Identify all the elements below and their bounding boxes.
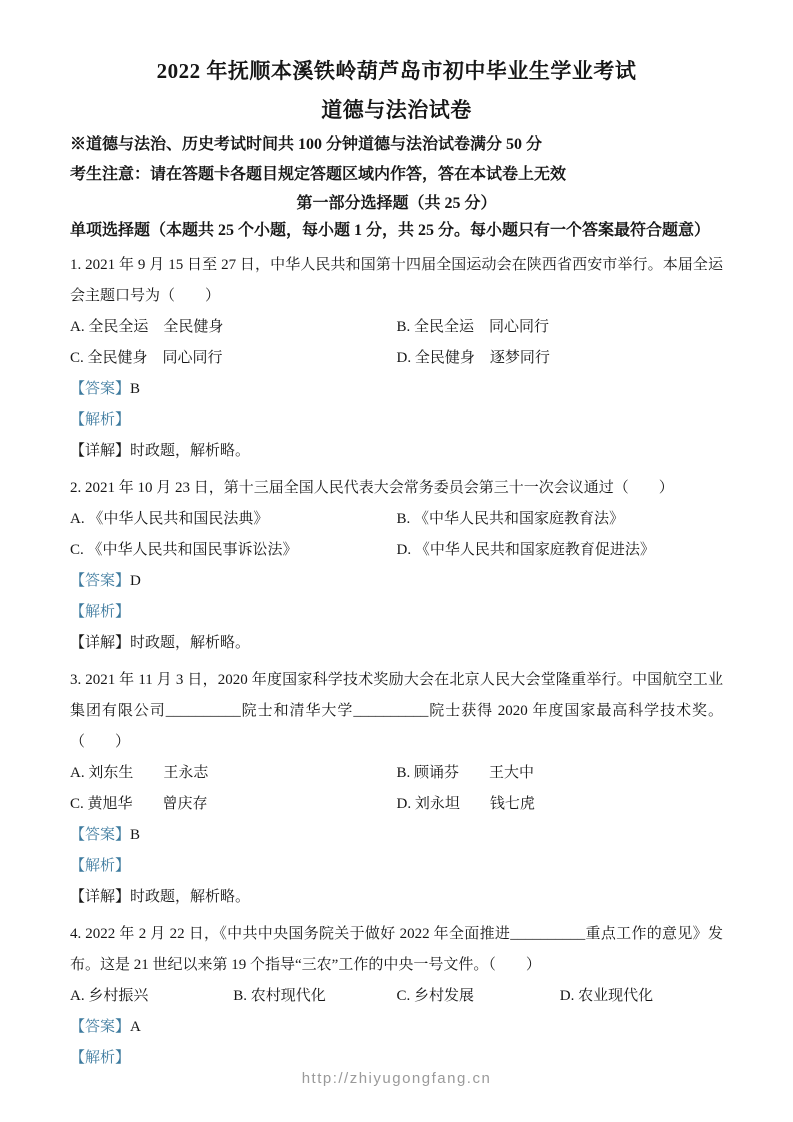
question-3-detail-row: 【详解】时政题，解析略。 [70,882,723,913]
analysis-label: 【解析】 [70,1050,130,1066]
question-4-option-d: D. 农业现代化 [560,981,723,1012]
question-4-option-a: A. 乡村振兴 [70,981,233,1012]
question-2-analysis-row: 【解析】 [70,597,723,628]
question-3-detail-text: 时政题，解析略。 [130,889,250,905]
question-3-option-c: C. 黄旭华 曾庆存 [70,789,397,820]
question-1-option-b: B. 全民全运 同心同行 [397,312,724,343]
exam-subtitle: 道德与法治试卷 [70,91,723,130]
question-4-option-c: C. 乡村发展 [397,981,560,1012]
answer-label: 【答案】 [70,827,130,843]
question-1-detail-row: 【详解】时政题，解析略。 [70,436,723,467]
question-2-option-b: B. 《中华人民共和国家庭教育法》 [397,504,724,535]
question-4-answer-value: A [130,1019,141,1035]
question-3: 3. 2021 年 11 月 3 日，2020 年度国家科学技术奖励大会在北京人… [70,665,723,913]
detail-label: 【详解】 [70,635,130,651]
question-4: 4. 2022 年 2 月 22 日，《中共中央国务院关于做好 2022 年全面… [70,919,723,1074]
question-3-options: A. 刘东生 王永志 B. 顾诵芬 王大中 C. 黄旭华 曾庆存 D. 刘永坦 … [70,758,723,820]
question-2-options: A. 《中华人民共和国民法典》 B. 《中华人民共和国家庭教育法》 C. 《中华… [70,504,723,566]
analysis-label: 【解析】 [70,604,130,620]
question-2: 2. 2021 年 10 月 23 日，第十三届全国人民代表大会常务委员会第三十… [70,473,723,659]
question-2-option-d: D. 《中华人民共和国家庭教育促进法》 [397,535,724,566]
note-exam-time: ※道德与法治、历史考试时间共 100 分钟道德与法治试卷满分 50 分 [70,130,723,160]
question-2-detail-row: 【详解】时政题，解析略。 [70,628,723,659]
question-1-analysis-row: 【解析】 [70,405,723,436]
question-3-stem: 3. 2021 年 11 月 3 日，2020 年度国家科学技术奖励大会在北京人… [70,665,723,758]
question-3-answer-row: 【答案】B [70,820,723,851]
question-1-answer-value: B [130,381,140,397]
question-4-stem: 4. 2022 年 2 月 22 日，《中共中央国务院关于做好 2022 年全面… [70,919,723,981]
section-instructions: 单项选择题（本题共 25 个小题，每小题 1 分，共 25 分。每小题只有一个答… [70,217,723,244]
question-4-options: A. 乡村振兴 B. 农村现代化 C. 乡村发展 D. 农业现代化 [70,981,723,1012]
question-2-option-a: A. 《中华人民共和国民法典》 [70,504,397,535]
question-3-answer-value: B [130,827,140,843]
question-2-answer-row: 【答案】D [70,566,723,597]
question-2-option-c: C. 《中华人民共和国民事诉讼法》 [70,535,397,566]
footer-watermark-url: http://zhiyugongfang.cn [0,1070,793,1087]
question-3-option-d: D. 刘永坦 钱七虎 [397,789,724,820]
analysis-label: 【解析】 [70,412,130,428]
section-title: 第一部分选择题（共 25 分） [70,190,723,217]
question-2-stem: 2. 2021 年 10 月 23 日，第十三届全国人民代表大会常务委员会第三十… [70,473,723,504]
note-candidate-warning: 考生注意：请在答题卡各题目规定答题区域内作答，答在本试卷上无效 [70,160,723,190]
question-1-stem: 1. 2021 年 9 月 15 日至 27 日，中华人民共和国第十四届全国运动… [70,250,723,312]
question-4-option-b: B. 农村现代化 [233,981,396,1012]
question-1-option-c: C. 全民健身 同心同行 [70,343,397,374]
answer-label: 【答案】 [70,573,130,589]
answer-label: 【答案】 [70,381,130,397]
question-2-answer-value: D [130,573,141,589]
question-1-answer-row: 【答案】B [70,374,723,405]
question-3-option-a: A. 刘东生 王永志 [70,758,397,789]
analysis-label: 【解析】 [70,858,130,874]
question-1-option-d: D. 全民健身 逐梦同行 [397,343,724,374]
answer-label: 【答案】 [70,1019,130,1035]
question-2-detail-text: 时政题，解析略。 [130,635,250,651]
question-1-option-a: A. 全民全运 全民健身 [70,312,397,343]
question-1: 1. 2021 年 9 月 15 日至 27 日，中华人民共和国第十四届全国运动… [70,250,723,467]
question-1-options: A. 全民全运 全民健身 B. 全民全运 同心同行 C. 全民健身 同心同行 D… [70,312,723,374]
question-3-option-b: B. 顾诵芬 王大中 [397,758,724,789]
exam-title: 2022 年抚顺本溪铁岭葫芦岛市初中毕业生学业考试 [70,52,723,91]
detail-label: 【详解】 [70,889,130,905]
detail-label: 【详解】 [70,443,130,459]
exam-document-page: 2022 年抚顺本溪铁岭葫芦岛市初中毕业生学业考试 道德与法治试卷 ※道德与法治… [0,0,793,1122]
question-3-analysis-row: 【解析】 [70,851,723,882]
question-4-answer-row: 【答案】A [70,1012,723,1043]
question-1-detail-text: 时政题，解析略。 [130,443,250,459]
